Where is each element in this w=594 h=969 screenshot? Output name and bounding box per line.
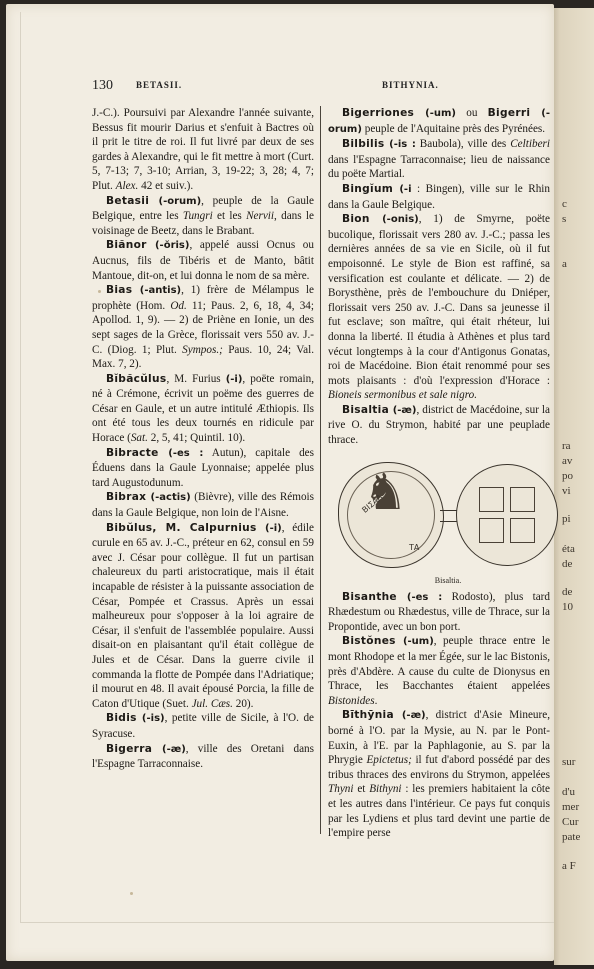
- bisaltia-coin-figure: ♞ ΒΙΣΑΛ ΤΑ Bisaltia.: [328, 462, 550, 590]
- adjacent-text: ra: [562, 440, 571, 452]
- coin-reverse: [456, 464, 558, 566]
- column-divider: [320, 106, 321, 834]
- adjacent-text: a F: [562, 860, 576, 872]
- paper-speck: [130, 892, 133, 895]
- headword: Bisaltia: [342, 404, 389, 416]
- headword: Bigerra: [106, 743, 152, 755]
- page-number: 130: [92, 78, 113, 94]
- headword: Bigerriones: [342, 107, 414, 119]
- figure-caption: Bisaltia.: [328, 574, 568, 589]
- adjacent-page-edge: c s a ra av po vi pi éta de de 10 sur d'…: [554, 8, 594, 965]
- entry-bibracte: Bibracte (-es : Autun), capitale des Édu…: [92, 446, 314, 491]
- adjacent-text: pi: [562, 513, 571, 525]
- headword: Bisanthe: [342, 591, 397, 603]
- entry-bistones: Bistŏnes (-um), peuple thrace entre le m…: [328, 634, 550, 708]
- entry-bibrax: Bibrax (-actis) (Bièvre), ville des Rémo…: [92, 490, 314, 520]
- headword: Bingĭum: [342, 183, 393, 195]
- coin-obverse: ♞ ΒΙΣΑΛ ΤΑ: [338, 462, 444, 568]
- adjacent-text: s: [562, 213, 566, 225]
- adjacent-text: c: [562, 198, 567, 210]
- left-column: J.-C.). Poursuivi par Alexandre l'année …: [92, 106, 314, 772]
- left-running-head: BETASII.: [136, 80, 182, 90]
- adjacent-text: d'u: [562, 786, 575, 798]
- adjacent-text: Cur: [562, 816, 579, 828]
- headword: Bistŏnes: [342, 635, 396, 647]
- headword: Bion: [342, 213, 370, 225]
- coin-legend: ΤΑ: [409, 541, 419, 556]
- entry-bion: Bion (-onis), 1) de Smyrne, poëte bucoli…: [328, 212, 550, 403]
- entry-betasii: Betasii (-orum), peuple de la Gaule Belg…: [92, 194, 314, 239]
- incuse-square-icon: [479, 487, 535, 543]
- headword: Bĭbăcŭlus: [106, 373, 166, 385]
- headword: Bibrax: [106, 491, 146, 503]
- headword: Bigerri: [488, 107, 531, 119]
- entry-bigerriones: Bigerriones (-um) ou Bigerri (-orum) peu…: [328, 106, 550, 137]
- entry-bessus-continued: J.-C.). Poursuivi par Alexandre l'année …: [92, 106, 314, 194]
- headword: Bias: [106, 284, 132, 296]
- entry-bias: Bias (-antis), 1) frère de Mélampus le p…: [92, 283, 314, 372]
- entry-bingium: Bingĭum (-i : Bingen), ville sur le Rhin…: [328, 182, 550, 212]
- adjacent-text: éta: [562, 543, 575, 555]
- adjacent-text: pate: [562, 831, 580, 843]
- adjacent-text: 10: [562, 601, 573, 613]
- entry-bibaculus: Bĭbăcŭlus, M. Furius (-i), poëte romain,…: [92, 372, 314, 446]
- adjacent-text: vi: [562, 485, 571, 497]
- headword: Bibŭlus, M. Calpurnius: [106, 522, 257, 534]
- right-column: Bigerriones (-um) ou Bigerri (-orum) peu…: [328, 106, 550, 841]
- entry-bithynia: Bīthȳnia (-æ), district d'Asie Mineure, …: [328, 708, 550, 840]
- adjacent-text: de: [562, 558, 572, 570]
- adjacent-text: mer: [562, 801, 579, 813]
- adjacent-text: po: [562, 470, 573, 482]
- entry-bidis: Bidis (-is), petite ville de Sicile, à l…: [92, 711, 314, 741]
- entry-bisaltia: Bisaltia (-æ), district de Macédoine, su…: [328, 403, 550, 448]
- headword: Bidis: [106, 712, 137, 724]
- headword: Bilbilis: [342, 138, 385, 150]
- entry-bilbilis: Bilbilis (-is : Baubola), ville des Celt…: [328, 137, 550, 182]
- headword: Bīthȳnia: [342, 709, 394, 721]
- adjacent-text: sur: [562, 756, 575, 768]
- right-running-head: BITHYNIA.: [382, 80, 439, 90]
- headword: Bibracte: [106, 447, 159, 459]
- adjacent-text: a: [562, 258, 567, 270]
- running-header: 130 BETASII. BITHYNIA.: [92, 78, 532, 94]
- headword: Betasii: [106, 195, 149, 207]
- adjacent-text: av: [562, 455, 572, 467]
- entry-bisanthe: Bisanthe (-es : Rodosto), plus tard Rhæd…: [328, 590, 550, 635]
- headword: Biănor: [106, 239, 147, 251]
- entry-bibulus: Bibŭlus, M. Calpurnius (-i), édile curul…: [92, 521, 314, 712]
- entry-bigerra: Bigerra (-æ), ville des Oretani dans l'E…: [92, 742, 314, 772]
- entry-bianor: Biănor (-ŏris), appelé aussi Ocnus ou Au…: [92, 238, 314, 283]
